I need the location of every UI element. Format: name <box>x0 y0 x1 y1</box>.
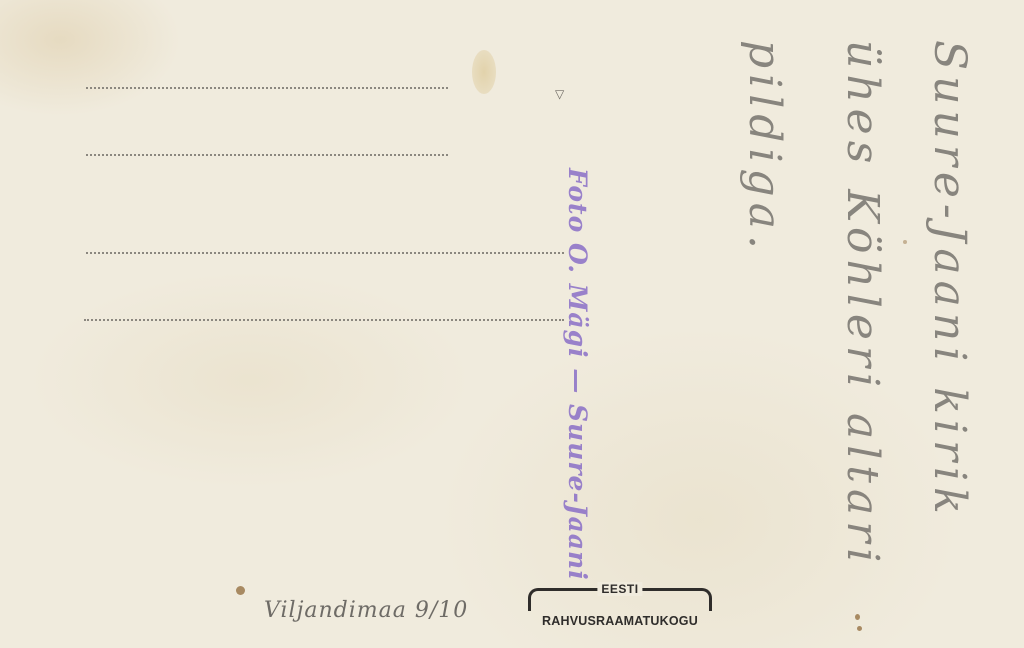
library-stamp: EESTI RAHVUSRAAMATUKOGU <box>526 582 714 632</box>
handwritten-caption-line-3: pildiga. <box>739 40 790 255</box>
paper-speck <box>855 614 860 620</box>
address-line-2 <box>86 154 448 156</box>
stamp-bottom-label: RAHVUSRAAMATUKOGU <box>526 614 714 628</box>
paper-stain <box>472 50 496 94</box>
handwritten-caption-line-2: ühes Köhleri altari <box>837 40 888 568</box>
handwritten-note: Viljandimaa 9/10 <box>264 598 468 623</box>
paper-speck <box>903 240 907 244</box>
triangle-mark-icon: ▽ <box>555 88 564 100</box>
paper-speck <box>857 626 862 631</box>
photographer-stamp: Foto O. Mägi — Suure-Jaani <box>563 168 592 581</box>
address-line-3 <box>86 252 564 254</box>
postcard-back: ▽ Foto O. Mägi — Suure-Jaani Suure-Jaani… <box>0 0 1024 648</box>
stamp-top-label: EESTI <box>597 582 642 596</box>
address-line-1 <box>86 87 448 89</box>
handwritten-caption-line-1: Suure-Jaani kirik <box>924 40 975 520</box>
paper-speck <box>236 586 245 595</box>
address-line-4 <box>84 319 564 321</box>
